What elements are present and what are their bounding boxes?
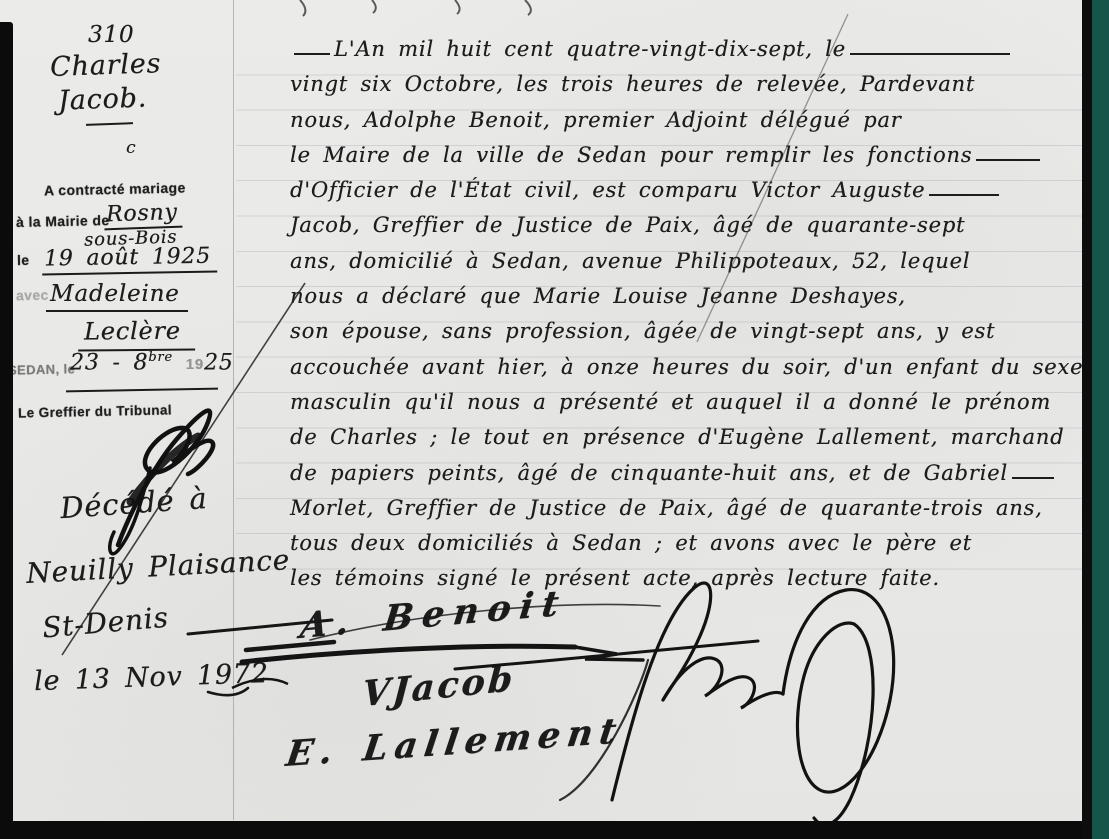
act-line-text: de papiers peints, âgé de cinquante-huit… <box>290 461 1008 485</box>
death-note-line1: Décédé à <box>59 481 208 525</box>
spouse-last-name: Leclère <box>78 316 195 351</box>
trailing-rule <box>1012 477 1054 480</box>
sedan-year-hand: 25 <box>204 350 234 375</box>
margin-rule-line <box>233 0 234 820</box>
act-body-text: L'An mil huit cent quatre-vingt-dix-sept… <box>290 32 1090 597</box>
act-line: L'An mil huit cent quatre-vingt-dix-sept… <box>290 32 1090 67</box>
trailing-rule <box>850 53 1010 56</box>
act-line: tous deux domiciliés à Sedan ; et avons … <box>290 526 1090 561</box>
act-line-text: tous deux domiciliés à Sedan ; et avons … <box>290 531 972 555</box>
trailing-rule <box>929 194 999 197</box>
act-line-text: d'Officier de l'État civil, est comparu … <box>290 178 925 202</box>
act-line-text: le Maire de la ville de Sedan pour rempl… <box>290 143 972 167</box>
sedan-date-underline <box>66 388 218 393</box>
signature-morlet <box>560 583 894 825</box>
act-line: vingt six Octobre, les trois heures de r… <box>290 67 1090 102</box>
act-line: accouchée avant hier, à onze heures du s… <box>290 350 1090 385</box>
act-line-text: son épouse, sans profession, âgée de vin… <box>290 319 995 343</box>
act-line: Jacob, Greffier de Justice de Paix, âgé … <box>290 208 1090 243</box>
act-line: ans, domicilié à Sedan, avenue Philippot… <box>290 244 1090 279</box>
sedan-month-sup: bre <box>148 350 173 365</box>
greffier-stamp: Le Greffier du Tribunal <box>18 402 172 420</box>
child-given-name: Charles <box>49 48 161 83</box>
act-line: Morlet, Greffier de Justice de Paix, âgé… <box>290 491 1090 526</box>
signature-jacob: VJacob <box>361 658 517 716</box>
register-page-scan: 310 Charles Jacob. c A contracté mariage… <box>0 0 1109 839</box>
act-line-text: les témoins signé le présent acte, après… <box>290 566 940 590</box>
child-surname: Jacob. <box>57 82 147 116</box>
death-note-line3: St-Denis <box>41 601 170 645</box>
scan-edge-right <box>1082 0 1092 839</box>
act-line-text: Jacob, Greffier de Justice de Paix, âgé … <box>290 213 965 237</box>
act-line-text: nous, Adolphe Benoit, premier Adjoint dé… <box>290 108 901 132</box>
margin-flourish: c <box>126 138 136 158</box>
act-line: de Charles ; le tout en présence d'Eugèn… <box>290 420 1090 455</box>
sedan-day-month: 23 - 8 <box>70 350 148 375</box>
act-line-text: vingt six Octobre, les trois heures de r… <box>290 72 975 96</box>
marriage-date-hand: 19 août 1925 <box>42 243 217 275</box>
act-line: nous a déclaré que Marie Louise Jeanne D… <box>290 279 1090 314</box>
scan-backing-strip <box>1092 0 1109 839</box>
act-line: le Maire de la ville de Sedan pour rempl… <box>290 138 1090 173</box>
marriage-stamp-avec: avec <box>16 287 49 304</box>
scan-edge-bottom <box>0 821 1088 839</box>
act-line-text: L'An mil huit cent quatre-vingt-dix-sept… <box>334 37 846 61</box>
sedan-stamp-city: SEDAN, le <box>8 361 75 377</box>
act-line-text: de Charles ; le tout en présence d'Eugèn… <box>290 425 1064 449</box>
previous-record-fragment <box>300 0 531 16</box>
act-line: d'Officier de l'État civil, est comparu … <box>290 173 1090 208</box>
act-line-text: accouchée avant hier, à onze heures du s… <box>290 355 1083 379</box>
marriage-stamp-le: le <box>17 252 30 268</box>
act-line: nous, Adolphe Benoit, premier Adjoint dé… <box>290 103 1090 138</box>
act-line-text: ans, domicilié à Sedan, avenue Philippot… <box>290 249 970 273</box>
sedan-stamp-date-hand: 23 - 8bre 1925 <box>70 350 234 375</box>
marriage-stamp-line2: à la Mairie de <box>16 212 110 230</box>
act-line: les témoins signé le présent acte, après… <box>290 561 1090 596</box>
spouse-first-name: Madeleine <box>46 281 188 312</box>
act-line-text: nous a déclaré que Marie Louise Jeanne D… <box>290 284 906 308</box>
sedan-year-printed: 19 <box>186 356 204 373</box>
act-line: de papiers peints, âgé de cinquante-huit… <box>290 456 1090 491</box>
marriage-stamp-line1: A contracté mariage <box>44 180 186 199</box>
scan-edge-left <box>0 22 13 824</box>
act-line: son épouse, sans profession, âgée de vin… <box>290 314 1090 349</box>
lead-rule <box>294 53 330 56</box>
act-line-text: Morlet, Greffier de Justice de Paix, âgé… <box>290 496 1043 520</box>
act-line: masculin qu'il nous a présenté et auquel… <box>290 385 1090 420</box>
signature-lallement: E. Lallement <box>283 710 625 775</box>
trailing-rule <box>976 159 1040 162</box>
surname-underline <box>86 122 133 126</box>
act-line-text: masculin qu'il nous a présenté et auquel… <box>290 390 1051 414</box>
act-number: 310 <box>88 22 134 48</box>
